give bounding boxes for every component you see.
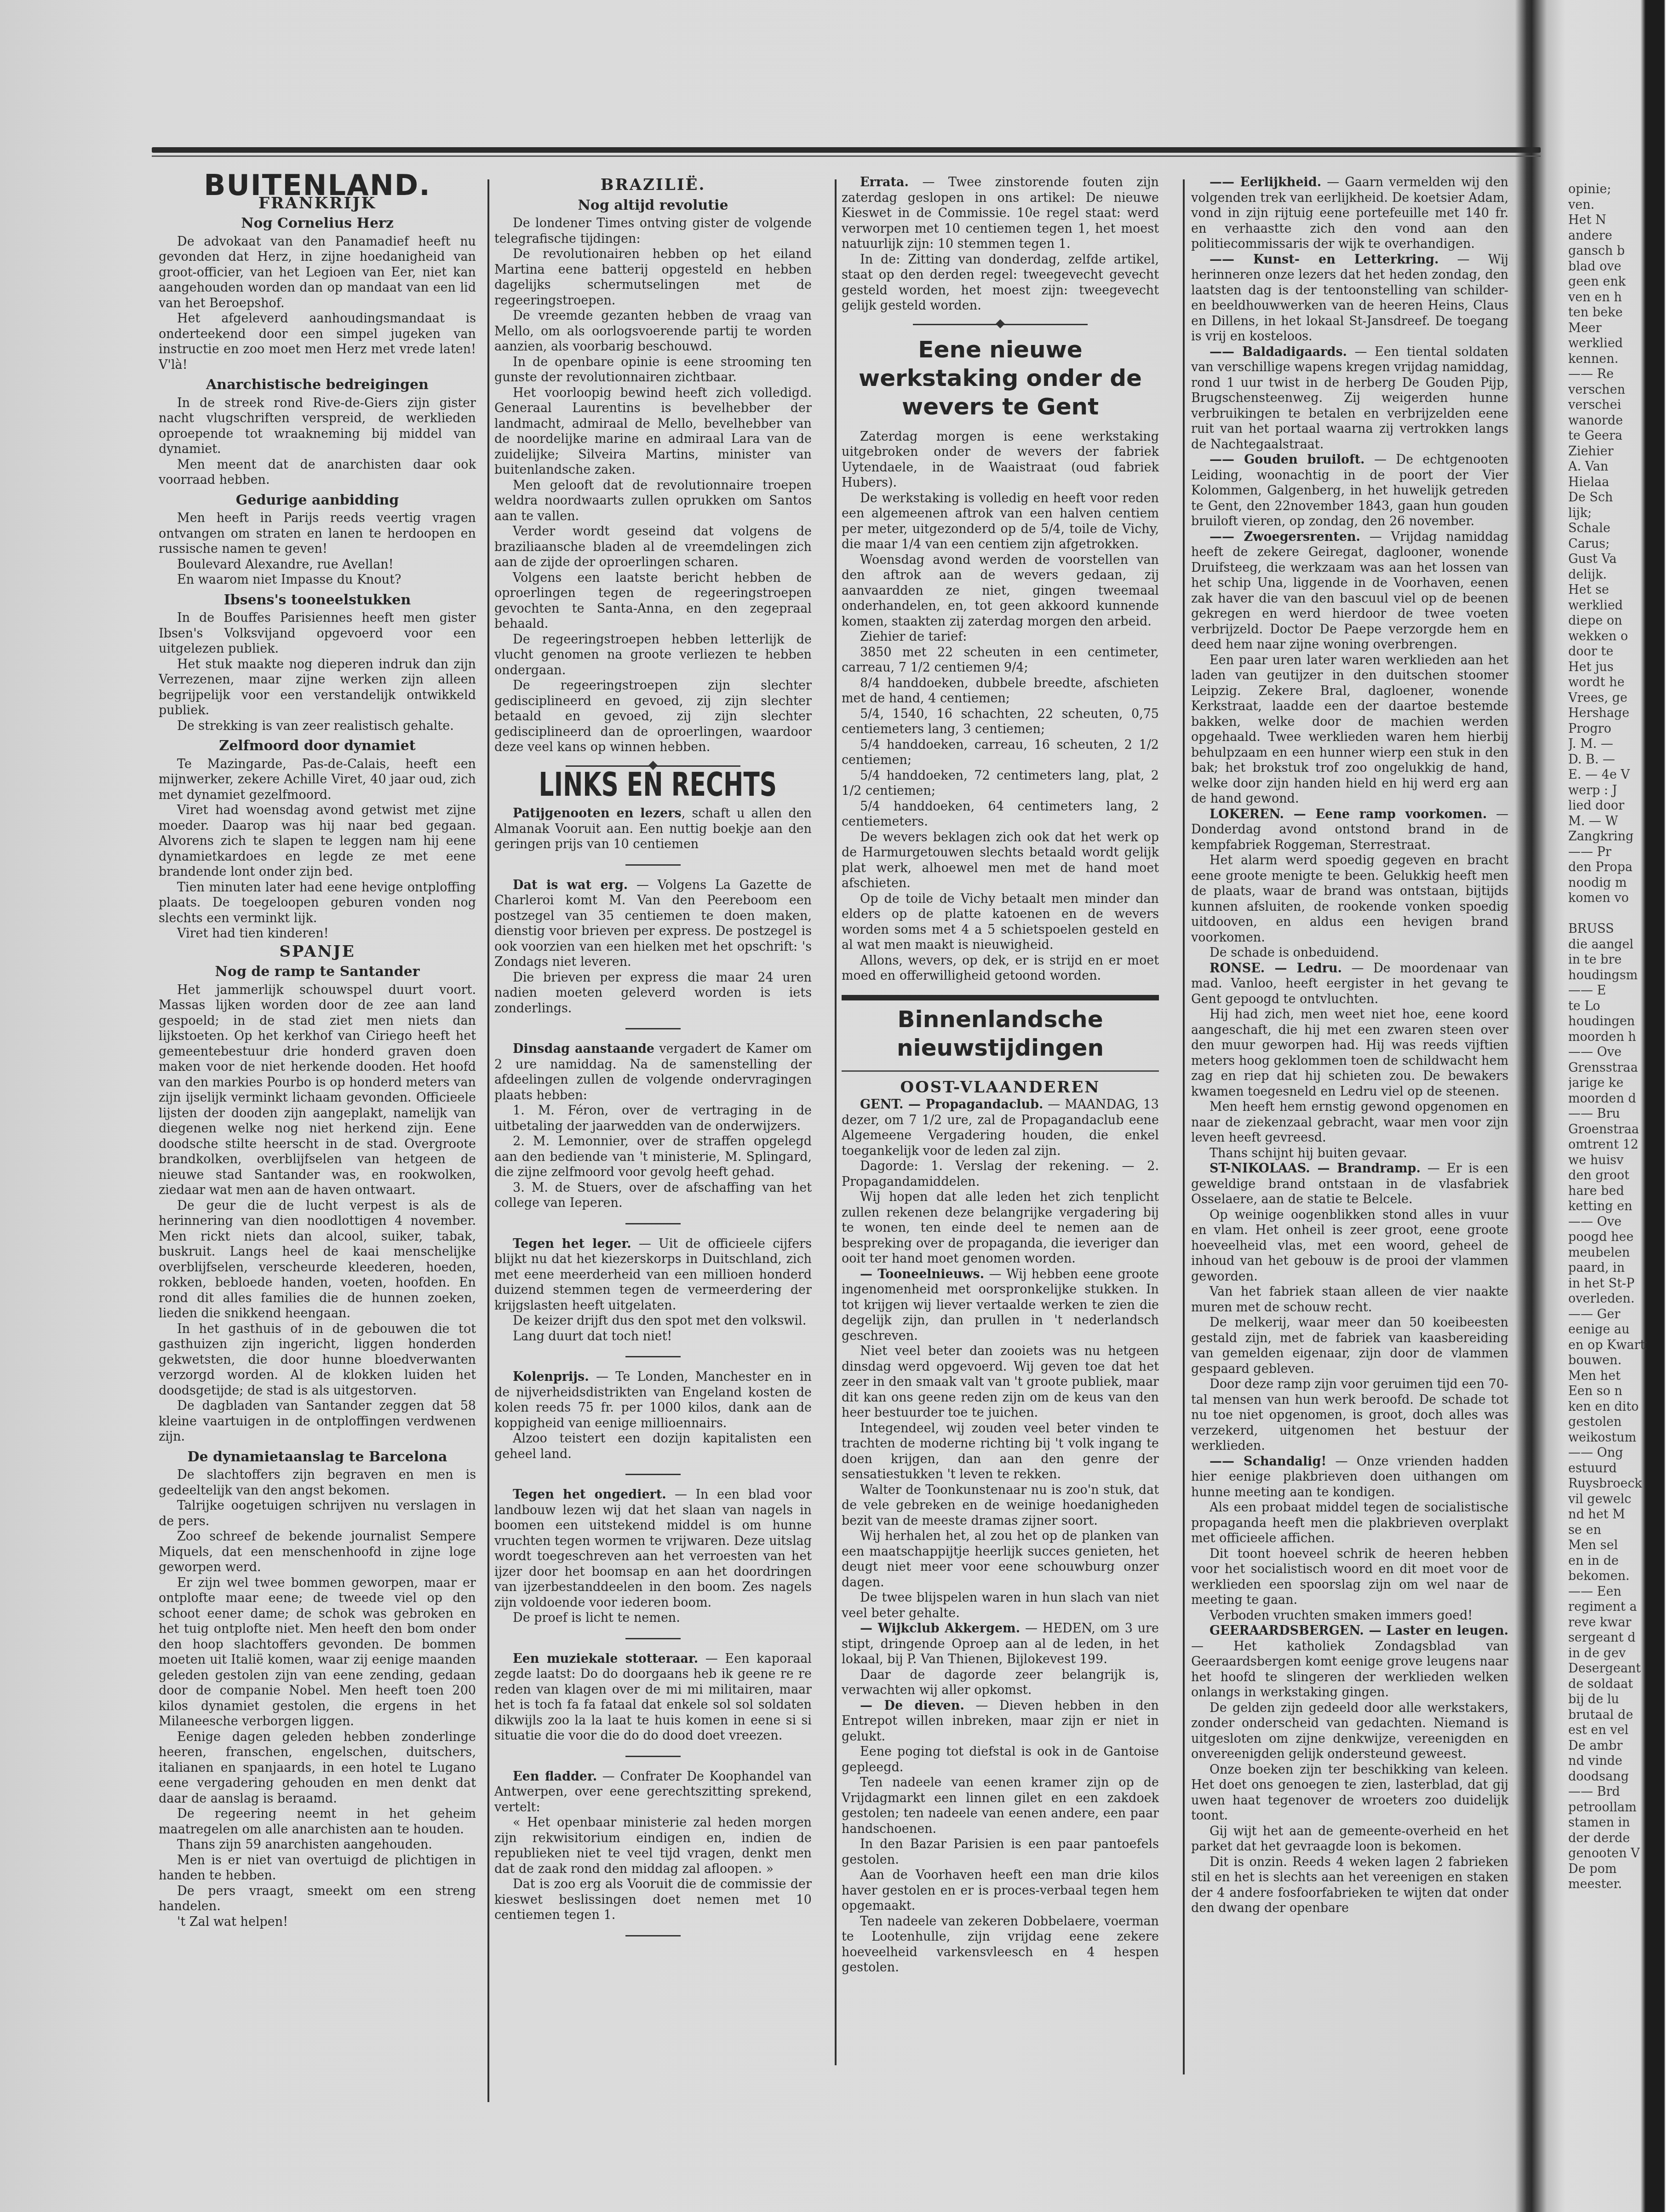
paragraph-text: « Het openbaar ministerie zal heden morg… bbox=[494, 1816, 812, 1876]
paragraph-lead: —— Gouden bruiloft. bbox=[1210, 453, 1365, 467]
paragraph: —— Baldadigaards. — Een tiental soldaten… bbox=[1191, 345, 1508, 453]
fragment-line: stamen in bbox=[1568, 1815, 1646, 1831]
paragraph-text: In de openbare opinie is eene strooming … bbox=[494, 355, 812, 385]
paragraph-text: 8/4 handdoeken, dubbele breedte, afschie… bbox=[842, 676, 1159, 706]
fragment-line: nd vinde bbox=[1568, 1753, 1646, 1769]
fragment-line: Het jus bbox=[1568, 660, 1646, 675]
paragraph: De vreemde gezanten hebben de vraag van … bbox=[494, 308, 812, 355]
paragraph: Onze boeken zijn ter beschikking van kel… bbox=[1191, 1762, 1508, 1824]
paragraph: Dat is wat erg. — Volgens La Gazette de … bbox=[494, 878, 812, 970]
paragraph: Viret had woensdag avond getwist met zij… bbox=[159, 803, 476, 880]
fragment-line: houdingsm bbox=[1568, 968, 1646, 983]
paragraph: De regeeringstroepen zijn slechter gedis… bbox=[494, 678, 812, 755]
paragraph: Eene poging tot diefstal is ook in de Ga… bbox=[842, 1744, 1159, 1775]
column-1-buitenland: BUITENLAND.FRANKRIJKNog Cornelius HerzDe… bbox=[159, 175, 476, 1930]
paragraph-text: De slachtoffers zijn begraven en men is … bbox=[159, 1468, 476, 1498]
fragment-line: meubelen bbox=[1568, 1245, 1646, 1261]
headline: Binnenlandsche nieuwstijdingen bbox=[842, 1005, 1159, 1062]
paragraph: Als een probaat middel tegen de socialis… bbox=[1191, 1500, 1508, 1546]
paragraph: Een muziekale stotteraar. — Een kaporaal… bbox=[494, 1651, 812, 1744]
paragraph-text: Het afgeleverd aanhoudingsmandaat is ond… bbox=[159, 311, 476, 372]
paragraph-text: Onze boeken zijn ter beschikking van kel… bbox=[1191, 1763, 1508, 1823]
paragraph: 5/4 handdoeken, 72 centimeters lang, pla… bbox=[842, 768, 1159, 799]
fragment-line: diepe on bbox=[1568, 613, 1646, 629]
fragment-line: De Sch bbox=[1568, 490, 1646, 506]
fragment-line: Grensstraa bbox=[1568, 1060, 1646, 1076]
fragment-line: brutaal de bbox=[1568, 1707, 1646, 1723]
paragraph: Verder wordt geseind dat volgens de braz… bbox=[494, 524, 812, 570]
paragraph: Gij wijt het aan de gemeente-overheid en… bbox=[1191, 1824, 1508, 1855]
paragraph: Het alarm werd spoedig gegeven en bracht… bbox=[1191, 853, 1508, 945]
paragraph: Niet veel beter dan zooiets was nu hetge… bbox=[842, 1344, 1159, 1421]
section-title: LINKS EN RECHTS bbox=[539, 777, 768, 793]
subheading: De dynamietaanslag te Barcelona bbox=[159, 1449, 476, 1465]
fragment-line: eenige au bbox=[1568, 1322, 1646, 1338]
fragment-line: Een so n bbox=[1568, 1384, 1646, 1399]
paragraph: In de: Zitting van donderdag, zelfde art… bbox=[842, 252, 1159, 314]
paragraph-lead: — Tooneelnieuws. bbox=[860, 1267, 984, 1281]
subheading: Gedurige aanbidding bbox=[159, 493, 476, 508]
paragraph-text: De keizer drijft dus den spot met den vo… bbox=[513, 1314, 806, 1328]
paragraph-text: Zoo schreef de bekende journalist Semper… bbox=[159, 1529, 476, 1574]
country-heading: BRAZILIË. bbox=[494, 178, 812, 193]
paragraph-text: De regeeringstroepen hebben letterlijk d… bbox=[494, 632, 812, 678]
paragraph-text: Viret had tien kinderen! bbox=[177, 926, 329, 941]
fragment-line: in te bre bbox=[1568, 952, 1646, 968]
paragraph: De twee blijspelen waren in hun slach va… bbox=[842, 1590, 1159, 1621]
paragraph: —— Kunst- en Letterkring. — Wij herinner… bbox=[1191, 252, 1508, 345]
paragraph-text: In den Bazar Parisien is een paar pantoe… bbox=[842, 1837, 1159, 1867]
paragraph-lead: Kolenprijs. bbox=[513, 1370, 589, 1384]
paragraph: — Wijkclub Akkergem. — HEDEN, om 3 ure s… bbox=[842, 1621, 1159, 1667]
paragraph-lead: Errata. bbox=[860, 175, 909, 190]
separator-rule bbox=[625, 1756, 681, 1757]
paragraph-text: Ziehier de tarief: bbox=[860, 630, 967, 644]
fragment-line: Het N bbox=[1568, 213, 1646, 228]
fragment-line: wekken o bbox=[1568, 629, 1646, 644]
paragraph-text: In het gasthuis of in de gebouwen die to… bbox=[159, 1322, 476, 1398]
fragment-line: —— Ove bbox=[1568, 1214, 1646, 1230]
paragraph-text: Als een probaat middel tegen de socialis… bbox=[1191, 1500, 1508, 1546]
paragraph-text: Thans schijnt hij buiten gevaar. bbox=[1210, 1146, 1407, 1161]
fragment-line: Ruysbroeck bbox=[1568, 1476, 1646, 1492]
column-divider bbox=[487, 179, 489, 2102]
paragraph: Er zijn wel twee bommen geworpen, maar e… bbox=[159, 1575, 476, 1729]
fragment-line: ketting en bbox=[1568, 1199, 1646, 1214]
fragment-line: regiment a bbox=[1568, 1599, 1646, 1615]
paragraph-text: 1. M. Féron, over de vertraging in de ui… bbox=[494, 1103, 812, 1133]
paragraph-text: Dit is onzin. Reeds 4 weken lagen 2 fabr… bbox=[1191, 1855, 1508, 1916]
paragraph: Op de toile de Vichy betaalt men minder … bbox=[842, 891, 1159, 953]
paragraph-lead: RONSE. — Ledru. bbox=[1210, 961, 1342, 976]
fragment-line: Gust Va bbox=[1568, 552, 1646, 567]
paragraph: Eenige dagen geleden hebben zonderlinge … bbox=[159, 1729, 476, 1807]
paragraph-text: De geur die de lucht verpest is als de h… bbox=[159, 1199, 476, 1321]
paragraph: De schade is onbeduidend. bbox=[1191, 945, 1508, 961]
paragraph: Verboden vruchten smaken immers goed! bbox=[1191, 1608, 1508, 1624]
paragraph: De londener Times ontving gister de volg… bbox=[494, 216, 812, 247]
fragment-line: De pom bbox=[1568, 1862, 1646, 1877]
top-rule bbox=[152, 147, 1541, 153]
paragraph: Men meent dat de anarchisten daar ook vo… bbox=[159, 457, 476, 488]
paragraph: Men heeft in Parijs reeds veertig vragen… bbox=[159, 511, 476, 557]
fragment-line: den Propa bbox=[1568, 860, 1646, 875]
fragment-line: —— Pr bbox=[1568, 845, 1646, 860]
paragraph: Het afgeleverd aanhoudingsmandaat is ond… bbox=[159, 311, 476, 373]
paragraph-text: Daar de dagorde zeer belangrijk is, verw… bbox=[842, 1668, 1159, 1698]
fragment-line: —— Brd bbox=[1568, 1784, 1646, 1800]
fragment-line: Desergeant bbox=[1568, 1661, 1646, 1677]
paragraph-text: Aan de Voorhaven heeft een man drie kilo… bbox=[842, 1868, 1159, 1913]
paragraph-text: Verder wordt geseind dat volgens de braz… bbox=[494, 524, 812, 569]
paragraph-text: De werkstaking is volledig en heeft voor… bbox=[842, 491, 1159, 552]
paragraph-text: De twee blijspelen waren in hun slach va… bbox=[842, 1591, 1159, 1620]
fragment-line: Zangkring bbox=[1568, 829, 1646, 845]
paragraph-text: De advokaat van den Panamadief heeft nu … bbox=[159, 235, 476, 310]
paragraph: In den Bazar Parisien is een paar pantoe… bbox=[842, 1837, 1159, 1867]
fragment-line: M. — W bbox=[1568, 814, 1646, 829]
fragment-line: Hershage bbox=[1568, 706, 1646, 721]
paragraph: Men gelooft dat de revolutionnaire troep… bbox=[494, 478, 812, 524]
adjacent-page-fragment: opinie;ven.Het Nanderegansch bblad ovege… bbox=[1568, 182, 1646, 1892]
paragraph: RONSE. — Ledru. — De moordenaar van mad.… bbox=[1191, 961, 1508, 1007]
paragraph: —— Gouden bruiloft. — De echtgenooten Le… bbox=[1191, 452, 1508, 529]
separator-rule bbox=[625, 1223, 681, 1224]
paragraph: Dinsdag aanstaande vergadert de Kamer om… bbox=[494, 1041, 812, 1103]
paragraph-text: 5/4, 1540, 16 schachten, 22 scheuten, 0,… bbox=[842, 707, 1159, 737]
paragraph-text: Verboden vruchten smaken immers goed! bbox=[1210, 1609, 1473, 1623]
paragraph-text: 5/4 handdoeken, 72 centimeters lang, pla… bbox=[842, 769, 1159, 799]
paragraph-text: Het stuk maakte nog dieperen indruk dan … bbox=[159, 657, 476, 718]
paragraph: —— Eerlijkheid. — Gaarn vermelden wij de… bbox=[1191, 175, 1508, 252]
paragraph-text: Dagorde: 1. Verslag der rekening. — 2. P… bbox=[842, 1159, 1159, 1189]
paragraph-text: Het jammerlijk schouwspel duurt voort. M… bbox=[159, 983, 476, 1198]
paragraph-text: Het voorloopig bewind heeft zich volledi… bbox=[494, 386, 812, 477]
paragraph: — De dieven. — Dieven hebben in den Entr… bbox=[842, 1698, 1159, 1745]
fragment-line: BRUSS bbox=[1568, 921, 1646, 937]
fragment-line: Carus; bbox=[1568, 536, 1646, 552]
paragraph-lead: —— Zwoegersrenten. bbox=[1210, 530, 1360, 544]
subheading: Zelfmoord door dynamiet bbox=[159, 738, 476, 754]
column-divider bbox=[835, 179, 837, 2065]
paragraph: Dat is zoo erg als Vooruit die de commis… bbox=[494, 1877, 812, 1923]
paragraph-text: De revolutionairen hebben op het eiland … bbox=[494, 247, 812, 308]
paragraph: — Tooneelnieuws. — Wij hebben eene groot… bbox=[842, 1267, 1159, 1344]
paragraph: Hij had zich, men weet niet hoe, eene ko… bbox=[1191, 1007, 1508, 1099]
column-3-werkstaking-binnenland: Errata. — Twee zinstorende fouten zijn z… bbox=[842, 175, 1159, 1976]
fragment-line: —— Re bbox=[1568, 367, 1646, 382]
paragraph-text: Zaterdag morgen is eene werkstaking uitg… bbox=[842, 430, 1159, 490]
fragment-line: gansch b bbox=[1568, 243, 1646, 259]
thick-rule bbox=[842, 995, 1159, 1000]
fragment-line: lied door bbox=[1568, 798, 1646, 814]
paragraph-text: — Een tiental soldaten van verschillige … bbox=[1191, 345, 1508, 452]
paragraph-text: Niet veel beter dan zooiets was nu hetge… bbox=[842, 1344, 1159, 1420]
paragraph-text: Alzoo teistert een dozijn kapitalisten e… bbox=[494, 1431, 812, 1461]
separator-rule bbox=[625, 864, 681, 866]
paragraph-text: Thans zijn 59 anarchisten aangehouden. bbox=[177, 1838, 432, 1852]
fragment-line: omtrent 12 bbox=[1568, 1137, 1646, 1153]
paragraph-lead: — Wijkclub Akkergem. bbox=[860, 1621, 1020, 1636]
paragraph: 1. M. Féron, over de vertraging in de ui… bbox=[494, 1103, 812, 1134]
paragraph: 3850 met 22 scheuten in een centimeter, … bbox=[842, 645, 1159, 676]
paragraph-text: Het alarm werd spoedig gegeven en bracht… bbox=[1191, 853, 1508, 945]
paragraph: Dit is onzin. Reeds 4 weken lagen 2 fabr… bbox=[1191, 1855, 1508, 1916]
paragraph-text: — In een blad voor landbouw lezen wij da… bbox=[494, 1488, 812, 1610]
fragment-line: —— Ove bbox=[1568, 1045, 1646, 1060]
paragraph: Dit toont hoeveel schrik de heeren hebbe… bbox=[1191, 1546, 1508, 1608]
paragraph-text: In de: Zitting van donderdag, zelfde art… bbox=[842, 253, 1159, 313]
paragraph: De pers vraagt, smeekt om een streng han… bbox=[159, 1884, 476, 1914]
fragment-line: werklied bbox=[1568, 598, 1646, 614]
paragraph: Zoo schreef de bekende journalist Semper… bbox=[159, 1529, 476, 1575]
fragment-line: verschen bbox=[1568, 382, 1646, 398]
paragraph: Thans zijn 59 anarchisten aangehouden. bbox=[159, 1837, 476, 1853]
fragment-line: verschei bbox=[1568, 397, 1646, 413]
fragment-line: sergeant d bbox=[1568, 1630, 1646, 1646]
fragment-line: moorden d bbox=[1568, 1091, 1646, 1107]
paragraph: 't Zal wat helpen! bbox=[159, 1914, 476, 1930]
paragraph-text: Men heeft hem ernstig gewond opgenomen e… bbox=[1191, 1100, 1508, 1145]
paragraph: Het stuk maakte nog dieperen indruk dan … bbox=[159, 657, 476, 718]
fragment-line: ven. bbox=[1568, 197, 1646, 213]
paragraph: « Het openbaar ministerie zal heden morg… bbox=[494, 1815, 812, 1877]
paragraph: Men is er niet van overtuigd de plichtig… bbox=[159, 1853, 476, 1884]
fragment-line: de soldaat bbox=[1568, 1677, 1646, 1692]
paragraph-text: De regeering neemt in het geheim maatreg… bbox=[159, 1807, 476, 1837]
fragment-line: Progro bbox=[1568, 721, 1646, 737]
paragraph-text: En waarom niet Impasse du Knout? bbox=[177, 573, 401, 587]
paragraph-text: Op de toile de Vichy betaalt men minder … bbox=[842, 892, 1159, 953]
section-title: BUITENLAND. bbox=[159, 178, 476, 193]
paragraph-text: Er zijn wel twee bommen geworpen, maar e… bbox=[159, 1576, 476, 1729]
paragraph-text: De melkerij, waar meer dan 50 koeibeeste… bbox=[1191, 1316, 1508, 1376]
fragment-line: doodsang bbox=[1568, 1769, 1646, 1785]
fragment-line: in het St-P bbox=[1568, 1276, 1646, 1292]
fragment-line: meester. bbox=[1568, 1877, 1646, 1892]
paragraph-text: De wevers beklagen zich ook dat het werk… bbox=[842, 830, 1159, 891]
fragment-line: kennen. bbox=[1568, 351, 1646, 367]
paragraph: —— Zwoegersrenten. — Vrijdag namiddag he… bbox=[1191, 529, 1508, 653]
fragment-line: we huisv bbox=[1568, 1153, 1646, 1168]
fragment-line: Het se bbox=[1568, 582, 1646, 598]
paragraph-text: Lang duurt dat toch niet! bbox=[513, 1329, 672, 1344]
paragraph-text: Men is er niet van overtuigd de plichtig… bbox=[159, 1853, 476, 1883]
paragraph-text: Allons, wevers, op dek, er is strijd en … bbox=[842, 954, 1159, 983]
fragment-line: poogd hee bbox=[1568, 1230, 1646, 1245]
paragraph-text: Ten nadeele van zekeren Dobbelaere, voer… bbox=[842, 1914, 1159, 1975]
paragraph: Van het fabriek staan alleen de vier naa… bbox=[1191, 1284, 1508, 1315]
paragraph: Thans schijnt hij buiten gevaar. bbox=[1191, 1146, 1508, 1161]
fragment-line: door te bbox=[1568, 644, 1646, 660]
paragraph: De advokaat van den Panamadief heeft nu … bbox=[159, 234, 476, 311]
fragment-line: reve kwar bbox=[1568, 1615, 1646, 1631]
paragraph: In de streek rond Rive-de-Giers zijn gis… bbox=[159, 396, 476, 457]
paragraph: De strekking is van zeer realistisch geh… bbox=[159, 718, 476, 734]
fragment-line: est en vel bbox=[1568, 1723, 1646, 1738]
paragraph-text: Men meent dat de anarchisten daar ook vo… bbox=[159, 458, 476, 488]
paragraph-text: 5/4 handdoeken, carreau, 16 scheuten, 2 … bbox=[842, 738, 1159, 768]
subheading: Nog Cornelius Herz bbox=[159, 216, 476, 231]
fragment-line: blad ove bbox=[1568, 259, 1646, 275]
fragment-line: moorden h bbox=[1568, 1029, 1646, 1045]
paragraph-text: Tien minuten later had eene hevige ontpl… bbox=[159, 880, 476, 925]
fragment-line: opinie; bbox=[1568, 182, 1646, 197]
fragment-line: Vrees, ge bbox=[1568, 690, 1646, 706]
paragraph-lead: —— Eerlijkheid. bbox=[1210, 175, 1321, 190]
fragment-line: houdingen bbox=[1568, 1014, 1646, 1029]
subheading: Ibsens's tooneelstukken bbox=[159, 592, 476, 608]
paragraph-text: Volgens een laatste bericht hebben de op… bbox=[494, 571, 812, 632]
paragraph: De wevers beklagen zich ook dat het werk… bbox=[842, 830, 1159, 891]
country-heading: SPANJE bbox=[159, 944, 476, 960]
paragraph-text: De dagbladen van Santander zeggen dat 58… bbox=[159, 1399, 476, 1444]
fragment-line: D. B. — bbox=[1568, 752, 1646, 768]
paragraph: Ten nadeele van zekeren Dobbelaere, voer… bbox=[842, 1914, 1159, 1976]
fragment-line: komen vo bbox=[1568, 891, 1646, 906]
fragment-line: —— Bru bbox=[1568, 1106, 1646, 1122]
paragraph-text: Dat is zoo erg als Vooruit die de commis… bbox=[494, 1877, 812, 1922]
fragment-line: se en bbox=[1568, 1523, 1646, 1538]
paragraph: Aan de Voorhaven heeft een man drie kilo… bbox=[842, 1867, 1159, 1914]
paragraph: LOKEREN. — Eene ramp voorkomen. — Donder… bbox=[1191, 807, 1508, 853]
paragraph-lead: Dat is wat erg. bbox=[513, 878, 628, 892]
fragment-line: Ziehier bbox=[1568, 444, 1646, 460]
paragraph-text: 5/4 handdoeken, 64 centimeters lang, 2 c… bbox=[842, 799, 1159, 829]
fragment-line: wordt he bbox=[1568, 675, 1646, 690]
country-heading: OOST-VLAANDEREN bbox=[842, 1080, 1159, 1096]
paragraph-lead: Een muziekale stotteraar. bbox=[513, 1652, 698, 1666]
paragraph-text: Woensdag avond werden de voorstellen van… bbox=[842, 553, 1159, 629]
fragment-line: weikostum bbox=[1568, 1430, 1646, 1446]
paragraph: Integendeel, wij zouden veel beter vinde… bbox=[842, 1421, 1159, 1482]
fragment-line: andere bbox=[1568, 228, 1646, 244]
paragraph: GENT. — Propagandaclub. — MAANDAG, 13 de… bbox=[842, 1097, 1159, 1159]
paragraph-lead: —— Baldadigaards. bbox=[1210, 345, 1347, 359]
paragraph-lead: GENT. — Propagandaclub. bbox=[860, 1097, 1043, 1112]
paragraph-lead: Een fladder. bbox=[513, 1770, 597, 1784]
subheading: Nog altijd revolutie bbox=[494, 198, 812, 213]
paragraph-text: De regeeringstroepen zijn slechter gedis… bbox=[494, 678, 812, 754]
paragraph-lead: Tegen het ongediert. bbox=[513, 1488, 666, 1502]
paragraph-lead: ST-NIKOLAAS. — Brandramp. bbox=[1210, 1161, 1421, 1176]
fragment-line: ken en dito bbox=[1568, 1399, 1646, 1415]
paragraph: Patijgenooten en lezers, schaft u allen … bbox=[494, 806, 812, 852]
fragment-line: gestolen bbox=[1568, 1414, 1646, 1430]
paragraph-text: — Het katholiek Zondagsblad van Geeraard… bbox=[1191, 1639, 1508, 1700]
subheading: Nog de ramp te Santander bbox=[159, 964, 476, 980]
paragraph: Kolenprijs. — Te Londen, Manchester en i… bbox=[494, 1369, 812, 1431]
fragment-line: werklied bbox=[1568, 336, 1646, 351]
paragraph: De geur die de lucht verpest is als de h… bbox=[159, 1198, 476, 1321]
paragraph-text: In de Bouffes Parisiennes heeft men gist… bbox=[159, 611, 476, 656]
paragraph-text: De strekking is van zeer realistisch geh… bbox=[177, 719, 454, 733]
paragraph: De regeeringstroepen hebben letterlijk d… bbox=[494, 632, 812, 678]
paragraph: In het gasthuis of in de gebouwen die to… bbox=[159, 1321, 476, 1399]
column-divider bbox=[1183, 179, 1185, 2074]
ornament-rule bbox=[913, 324, 1088, 325]
paragraph: De revolutionairen hebben op het eiland … bbox=[494, 247, 812, 308]
fragment-line: —— Een bbox=[1568, 1584, 1646, 1600]
separator-rule bbox=[625, 1028, 681, 1029]
paragraph: Wij hopen dat alle leden het zich tenpli… bbox=[842, 1189, 1159, 1267]
paragraph-text: Integendeel, wij zouden veel beter vinde… bbox=[842, 1421, 1159, 1482]
fragment-line bbox=[1568, 906, 1646, 922]
paragraph-text: In de streek rond Rive-de-Giers zijn gis… bbox=[159, 396, 476, 457]
fragment-line: die aangel bbox=[1568, 937, 1646, 953]
paragraph: Lang duurt dat toch niet! bbox=[494, 1329, 812, 1344]
paragraph: 5/4, 1540, 16 schachten, 22 scheuten, 0,… bbox=[842, 707, 1159, 737]
paragraph-text: Die brieven per express die maar 24 uren… bbox=[494, 971, 812, 1016]
separator-rule bbox=[625, 1474, 681, 1475]
paragraph-text: 't Zal wat helpen! bbox=[177, 1915, 288, 1929]
separator-rule bbox=[625, 1356, 681, 1357]
paragraph: Een paar uren later waren werklieden aan… bbox=[1191, 653, 1508, 807]
fragment-line: noodig m bbox=[1568, 875, 1646, 891]
fragment-line: der derde bbox=[1568, 1831, 1646, 1846]
paragraph: 5/4 handdoeken, carreau, 16 scheuten, 2 … bbox=[842, 737, 1159, 768]
paragraph: Het voorloopig bewind heeft zich volledi… bbox=[494, 385, 812, 478]
paragraph-text: Wij hopen dat alle leden het zich tenpli… bbox=[842, 1190, 1159, 1266]
paragraph: De melkerij, waar meer dan 50 koeibeeste… bbox=[1191, 1315, 1508, 1377]
paragraph-text: De londener Times ontving gister de volg… bbox=[494, 216, 812, 246]
paragraph-text: De gelden zijn gedeeld door alle werksta… bbox=[1191, 1701, 1508, 1762]
headline: Eene nieuwe werkstaking onder de wevers … bbox=[842, 335, 1159, 421]
paragraph-text: Dit toont hoeveel schrik de heeren hebbe… bbox=[1191, 1547, 1508, 1608]
paragraph: De proef is licht te nemen. bbox=[494, 1610, 812, 1626]
subheading: Anarchistische bedreigingen bbox=[159, 377, 476, 393]
paragraph: In de openbare opinie is eene strooming … bbox=[494, 355, 812, 385]
paragraph: 8/4 handdoeken, dubbele breedte, afschie… bbox=[842, 676, 1159, 707]
fragment-line: Schale bbox=[1568, 521, 1646, 536]
paragraph: Die brieven per express die maar 24 uren… bbox=[494, 970, 812, 1017]
paragraph: De slachtoffers zijn begraven en men is … bbox=[159, 1467, 476, 1498]
paragraph-text: Men heeft in Parijs reeds veertig vragen… bbox=[159, 511, 476, 556]
fragment-line: geen enk bbox=[1568, 274, 1646, 290]
paragraph-text: Een paar uren later waren werklieden aan… bbox=[1191, 653, 1508, 806]
paragraph: Allons, wevers, op dek, er is strijd en … bbox=[842, 953, 1159, 984]
fragment-line: E. — 4e V bbox=[1568, 767, 1646, 783]
paragraph-text: 3850 met 22 scheuten in een centimeter, … bbox=[842, 645, 1159, 675]
paragraph-text: Gij wijt het aan de gemeente-overheid en… bbox=[1191, 1824, 1508, 1854]
paragraph: Zaterdag morgen is eene werkstaking uitg… bbox=[842, 429, 1159, 491]
paragraph-text: Eene poging tot diefstal is ook in de Ga… bbox=[842, 1745, 1159, 1775]
paragraph: Ziehier de tarief: bbox=[842, 629, 1159, 645]
paragraph: Walter de Toonkunstenaar nu is zoo'n stu… bbox=[842, 1482, 1159, 1529]
paragraph: De keizer drijft dus den spot met den vo… bbox=[494, 1313, 812, 1329]
paragraph: De werkstaking is volledig en heeft voor… bbox=[842, 491, 1159, 552]
paragraph-text: — Vrijdag namiddag heeft de zekere Geire… bbox=[1191, 530, 1508, 652]
separator-rule bbox=[625, 1638, 681, 1639]
fragment-line: Hielaa bbox=[1568, 475, 1646, 490]
thin-rule bbox=[842, 1070, 1159, 1072]
paragraph: Te Mazingarde, Pas-de-Calais, heeft een … bbox=[159, 757, 476, 803]
fragment-line: in de gev bbox=[1568, 1646, 1646, 1661]
fragment-line: te Geera bbox=[1568, 428, 1646, 444]
paragraph: Daar de dagorde zeer belangrijk is, verw… bbox=[842, 1667, 1159, 1698]
paragraph-text: De vreemde gezanten hebben de vraag van … bbox=[494, 309, 812, 354]
paragraph: Woensdag avond werden de voorstellen van… bbox=[842, 552, 1159, 630]
fragment-line: J. M. — bbox=[1568, 736, 1646, 752]
fragment-line: bouwen. bbox=[1568, 1353, 1646, 1368]
paragraph: Errata. — Twee zinstorende fouten zijn z… bbox=[842, 175, 1159, 252]
paragraph-lead: GEERAARDSBERGEN. — Laster en leugen. bbox=[1210, 1624, 1508, 1638]
paragraph: En waarom niet Impasse du Knout? bbox=[159, 572, 476, 588]
paragraph-lead: Tegen het leger. bbox=[513, 1237, 631, 1251]
fragment-line: delijk. bbox=[1568, 567, 1646, 583]
fragment-line: De ambr bbox=[1568, 1738, 1646, 1754]
paragraph: De regeering neemt in het geheim maatreg… bbox=[159, 1806, 476, 1837]
